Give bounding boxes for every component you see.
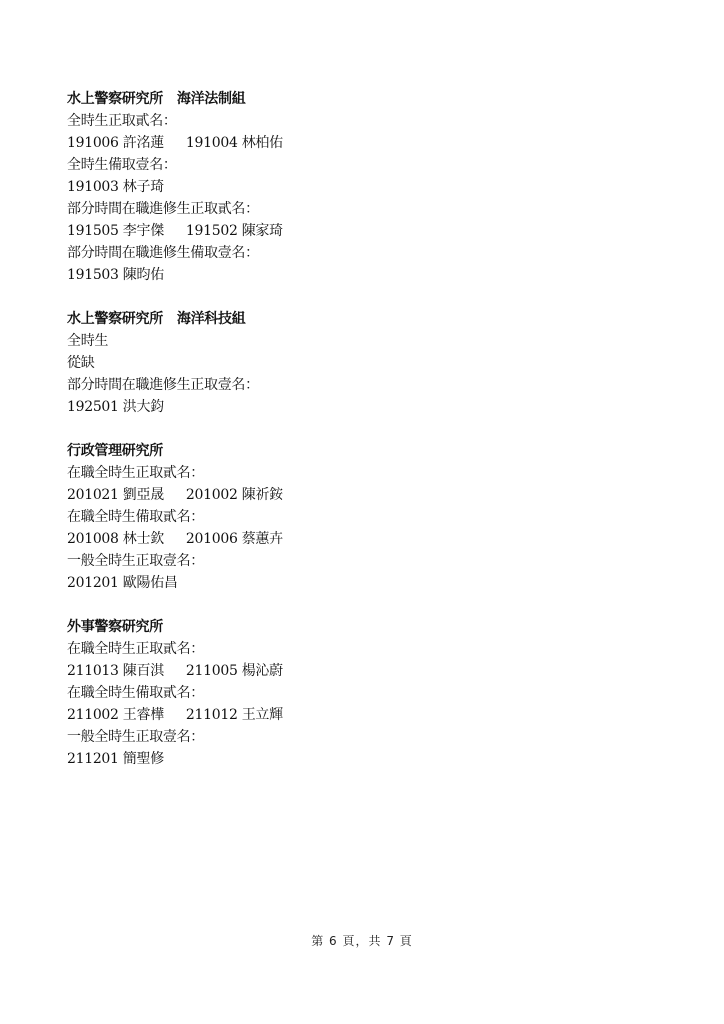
admitted-student: 211013 陳百淇: [67, 660, 164, 682]
admitted-student: 201002 陳祈銨: [186, 484, 283, 506]
section-heading: 行政管理研究所: [67, 440, 283, 462]
category-label: 部分時間在職進修生正取壹名：: [67, 374, 283, 396]
admission-section: 外事警察研究所在職全時生正取貳名：211013 陳百淇211005 楊沁蔚在職全…: [67, 616, 283, 770]
admitted-student: 201008 林士欽: [67, 528, 164, 550]
admission-section: 行政管理研究所在職全時生正取貳名：201021 劉亞晟201002 陳祈銨在職全…: [67, 440, 283, 594]
institute-name: 水上警察研究所: [67, 311, 163, 327]
admitted-student: 211002 王睿樺: [67, 704, 164, 726]
admitted-list: 201008 林士欽201006 蔡蕙卉: [67, 528, 283, 550]
admitted-list: 191003 林子琦: [67, 176, 283, 198]
category-label: 在職全時生備取貳名：: [67, 506, 283, 528]
admitted-student: 191003 林子琦: [67, 176, 164, 198]
admitted-student: 211005 楊沁蔚: [186, 660, 283, 682]
admitted-list: 191006 許洺蓮191004 林柏佑: [67, 132, 283, 154]
admitted-student: 191503 陳昀佑: [67, 264, 164, 286]
institute-name: 水上警察研究所: [67, 91, 163, 107]
admitted-student: 191505 李宇傑: [67, 220, 164, 242]
admitted-list: 201201 歐陽佑昌: [67, 572, 283, 594]
category-label: 部分時間在職進修生正取貳名：: [67, 198, 283, 220]
admitted-student: 192501 洪大鈞: [67, 396, 164, 418]
category-label: 在職全時生正取貳名：: [67, 638, 283, 660]
admitted-student: 201201 歐陽佑昌: [67, 572, 178, 594]
page-footer: 第 6 頁，共 7 頁: [0, 932, 724, 949]
admission-section: 水上警察研究所海洋法制組全時生正取貳名：191006 許洺蓮191004 林柏佑…: [67, 88, 283, 286]
admitted-student: 191006 許洺蓮: [67, 132, 164, 154]
admitted-list: 192501 洪大鈞: [67, 396, 283, 418]
admitted-student: 211201 簡聖修: [67, 748, 164, 770]
category-label: 部分時間在職進修生備取壹名：: [67, 242, 283, 264]
document-body: 水上警察研究所海洋法制組全時生正取貳名：191006 許洺蓮191004 林柏佑…: [67, 88, 283, 792]
admitted-list: 191505 李宇傑191502 陳家琦: [67, 220, 283, 242]
institute-name: 外事警察研究所: [67, 619, 163, 635]
admitted-student: 191502 陳家琦: [186, 220, 283, 242]
category-label: 從缺: [67, 352, 283, 374]
admitted-list: 191503 陳昀佑: [67, 264, 283, 286]
section-heading: 外事警察研究所: [67, 616, 283, 638]
category-label: 一般全時生正取壹名：: [67, 726, 283, 748]
category-label: 在職全時生正取貳名：: [67, 462, 283, 484]
admitted-list: 211013 陳百淇211005 楊沁蔚: [67, 660, 283, 682]
admitted-list: 211002 王睿樺211012 王立輝: [67, 704, 283, 726]
admitted-list: 211201 簡聖修: [67, 748, 283, 770]
section-heading: 水上警察研究所海洋法制組: [67, 88, 283, 110]
admitted-student: 201006 蔡蕙卉: [186, 528, 283, 550]
admitted-student: 211012 王立輝: [186, 704, 283, 726]
section-heading: 水上警察研究所海洋科技組: [67, 308, 283, 330]
admission-section: 水上警察研究所海洋科技組全時生從缺部分時間在職進修生正取壹名：192501 洪大…: [67, 308, 283, 418]
category-label: 全時生備取壹名：: [67, 154, 283, 176]
institute-name: 行政管理研究所: [67, 443, 163, 459]
group-name: 海洋科技組: [177, 311, 246, 327]
admitted-student: 191004 林柏佑: [186, 132, 283, 154]
category-label: 全時生: [67, 330, 283, 352]
category-label: 全時生正取貳名：: [67, 110, 283, 132]
category-label: 一般全時生正取壹名：: [67, 550, 283, 572]
category-label: 在職全時生備取貳名：: [67, 682, 283, 704]
group-name: 海洋法制組: [177, 91, 246, 107]
admitted-student: 201021 劉亞晟: [67, 484, 164, 506]
admitted-list: 201021 劉亞晟201002 陳祈銨: [67, 484, 283, 506]
